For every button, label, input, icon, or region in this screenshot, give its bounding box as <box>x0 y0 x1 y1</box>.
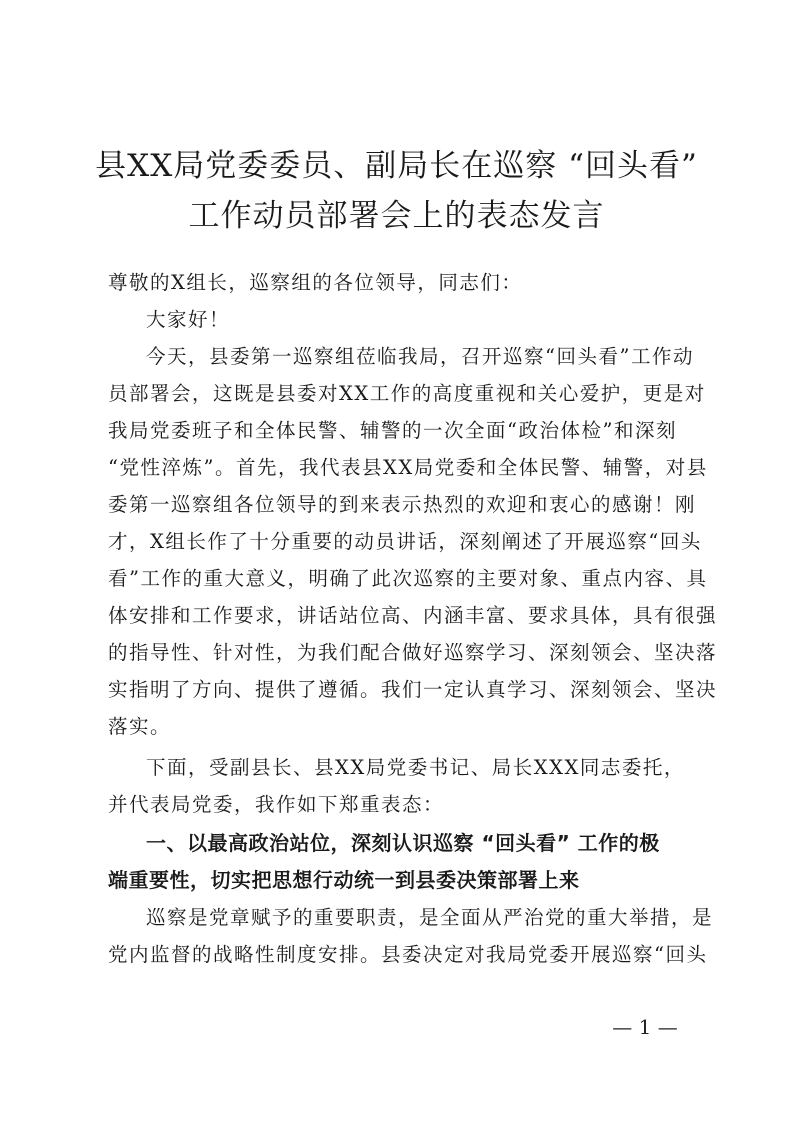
paragraph-line: 并代表局党委，我作如下郑重表态： <box>108 790 693 820</box>
section-heading-line: 一、以最高政治站位，深刻认识巡察 “回头看” 工作的极 <box>146 828 731 858</box>
paragraph-line: 的指导性、针对性，为我们配合做好巡察学习、深刻领会、坚决落 <box>108 638 693 668</box>
paragraph-line: 下面，受副县长、县XX局党委书记、局长XXX同志委托， <box>146 753 731 783</box>
page-number: — 1 — <box>600 1013 690 1041</box>
paragraph-line: “党性淬炼”。首先，我代表县XX局党委和全体民警、辅警，对县 <box>108 453 693 483</box>
paragraph-line: 落实。 <box>108 712 693 742</box>
salutation: 尊敬的X组长，巡察组的各位领导，同志们： <box>108 268 693 298</box>
document-title-line-2: 工作动员部署会上的表态发言 <box>0 196 793 236</box>
paragraph-line: 体安排和工作要求，讲话站位高、内涵丰富、要求具体，具有很强 <box>108 601 693 631</box>
paragraph-line: 实指明了方向、提供了遵循。我们一定认真学习、深刻领会、坚决 <box>108 675 693 705</box>
paragraph-line: 委第一巡察组各位领导的到来表示热烈的欢迎和衷心的感谢！刚 <box>108 490 693 520</box>
document-title-line-1: 县XX局党委委员、副局长在巡察 “回头看” <box>0 146 793 186</box>
paragraph-line: 巡察是党章赋予的重要职责，是全面从严治党的重大举措，是 <box>146 903 731 933</box>
paragraph-line: 员部署会，这既是县委对XX工作的高度重视和关心爱护，更是对 <box>108 379 693 409</box>
paragraph-line: 看”工作的重大意义，明确了此次巡察的主要对象、重点内容、具 <box>108 564 693 594</box>
document-page: 县XX局党委委员、副局长在巡察 “回头看” 工作动员部署会上的表态发言 尊敬的X… <box>0 0 793 1122</box>
greeting: 大家好！ <box>146 305 731 335</box>
paragraph-line: 今天，县委第一巡察组莅临我局，召开巡察“回头看”工作动 <box>146 342 731 372</box>
paragraph-line: 党内监督的战略性制度安排。县委决定对我局党委开展巡察“回头 <box>108 940 693 970</box>
section-heading-line: 端重要性，切实把思想行动统一到县委决策部署上来 <box>108 865 693 895</box>
paragraph-line: 才，X组长作了十分重要的动员讲话，深刻阐述了开展巡察“回头 <box>108 527 693 557</box>
paragraph-line: 我局党委班子和全体民警、辅警的一次全面“政治体检”和深刻 <box>108 416 693 446</box>
